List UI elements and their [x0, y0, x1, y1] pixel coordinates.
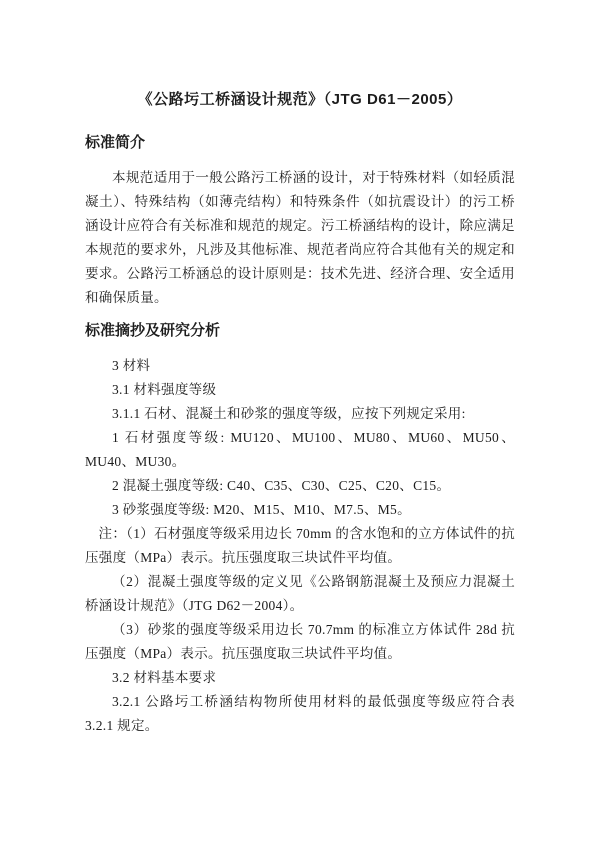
clause-line: 3 材料: [85, 354, 515, 378]
clause-line: 3 砂浆强度等级: M20、M15、M10、M7.5、M5。: [85, 498, 515, 522]
clause-line: 1 石材强度等级: MU120、MU100、MU80、MU60、MU50、MU4…: [85, 426, 515, 474]
intro-paragraph: 本规范适用于一般公路污工桥涵的设计，对于特殊材料（如轻质混凝土）、特殊结构（如薄…: [85, 166, 515, 310]
clause-line: 3.1 材料强度等级: [85, 378, 515, 402]
section-heading-intro: 标准简介: [85, 134, 515, 152]
clause-line: 3.2.1 公路圬工桥涵结构物所使用材料的最低强度等级应符合表 3.2.1 规定…: [85, 690, 515, 738]
clause-line: 3.2 材料基本要求: [85, 666, 515, 690]
clause-line: 3.1.1 石材、混凝土和砂浆的强度等级，应按下列规定采用:: [85, 402, 515, 426]
document-content: 《公路圬工桥涵设计规范》（JTG D61－2005） 标准简介 本规范适用于一般…: [0, 0, 600, 738]
clause-note: 注：（1）石材强度等级采用边长 70mm 的含水饱和的立方体试件的抗压强度（MP…: [85, 522, 515, 570]
document-title: 《公路圬工桥涵设计规范》（JTG D61－2005）: [85, 90, 515, 110]
document-page: 《公路圬工桥涵设计规范》（JTG D61－2005） 标准简介 本规范适用于一般…: [0, 0, 600, 850]
clause-note: （3）砂浆的强度等级采用边长 70.7mm 的标准立方体试件 28d 抗压强度（…: [85, 618, 515, 666]
clause-line: 2 混凝土强度等级: C40、C35、C30、C25、C20、C15。: [85, 474, 515, 498]
section-heading-analysis: 标准摘抄及研究分析: [85, 322, 515, 340]
clause-note: （2）混凝土强度等级的定义见《公路钢筋混凝土及预应力混凝土桥涵设计规范》（JTG…: [85, 570, 515, 618]
clause-list: 3 材料 3.1 材料强度等级 3.1.1 石材、混凝土和砂浆的强度等级，应按下…: [85, 354, 515, 738]
